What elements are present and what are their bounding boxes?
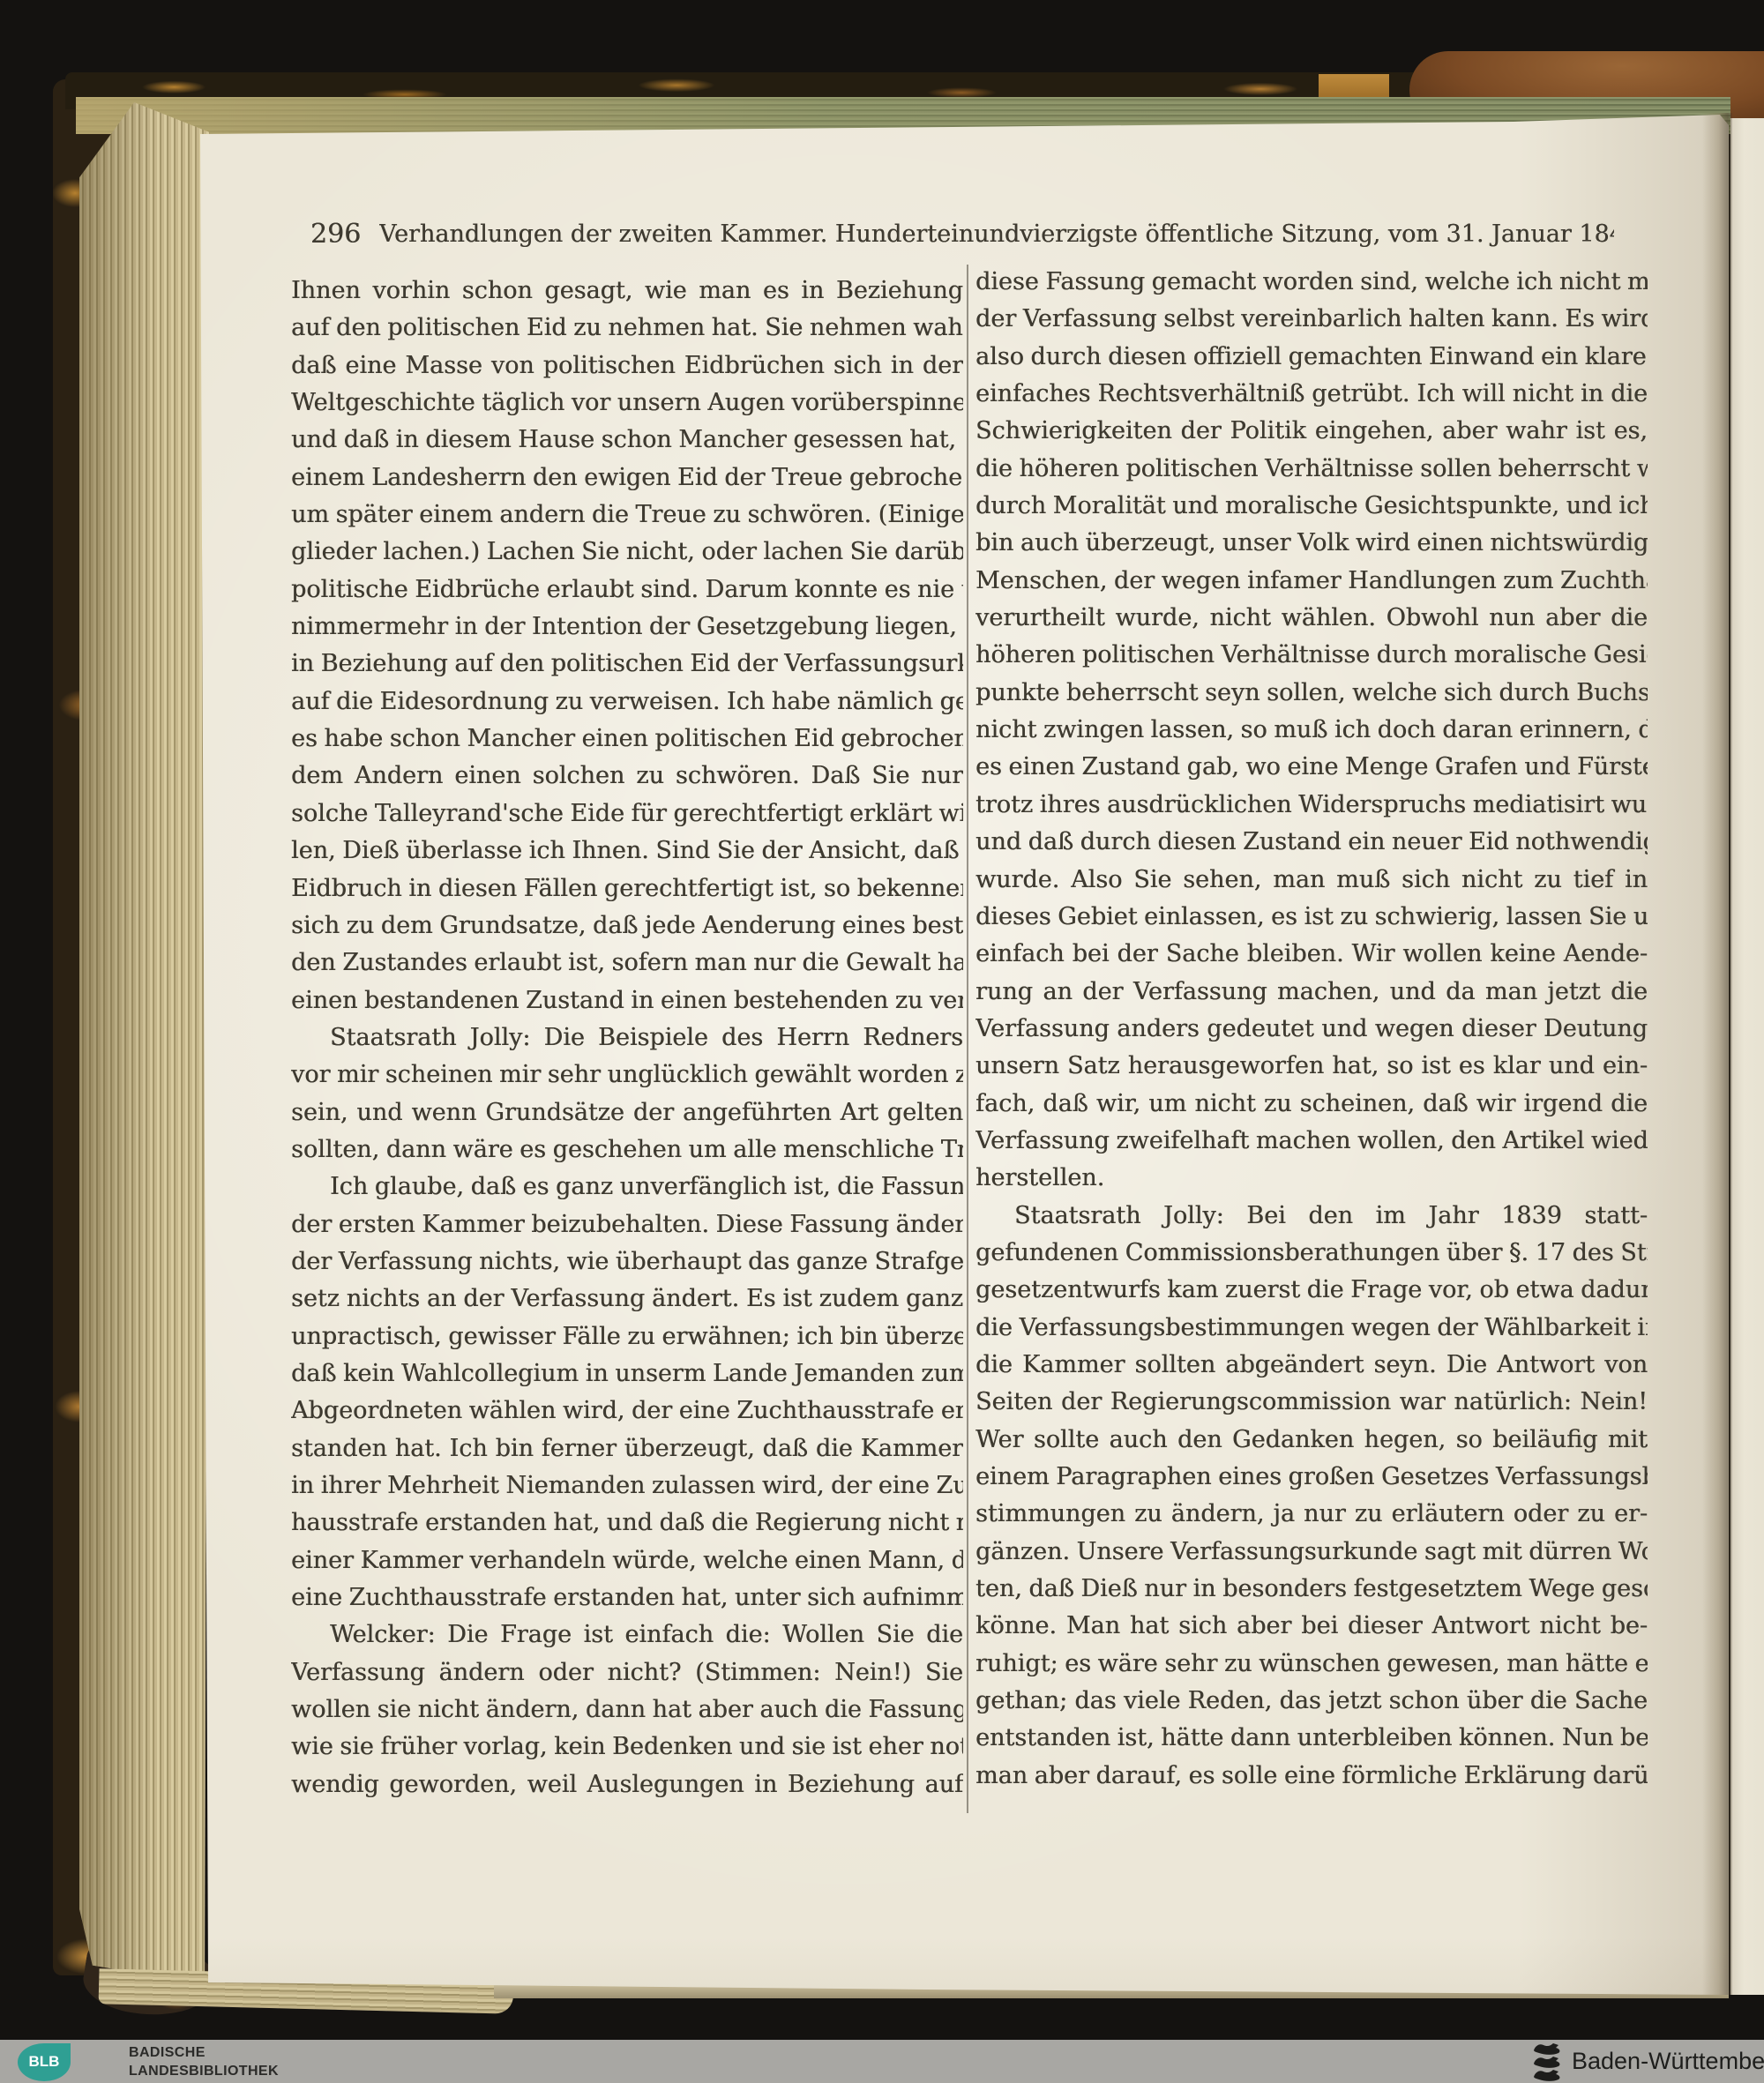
- text-line: vor mir scheinen mir sehr unglücklich ge…: [291, 1056, 963, 1094]
- text-line: Verfassung zweifelhaft machen wollen, de…: [975, 1123, 1648, 1160]
- page-header-title: Verhandlungen der zweiten Kammer. Hunder…: [379, 220, 1614, 248]
- text-line: unpractisch, gewisser Fälle zu erwähnen;…: [291, 1318, 963, 1355]
- text-line: wollen sie nicht ändern, dann hat aber a…: [291, 1691, 963, 1728]
- text-line: glieder lachen.) Lachen Sie nicht, oder …: [291, 534, 963, 571]
- text-line: einer Kammer verhandeln würde, welche ei…: [291, 1542, 963, 1579]
- text-line: solche Talleyrand'sche Eide für gerechtf…: [291, 795, 963, 832]
- three-lions-coat-of-arms-icon: [1533, 2042, 1561, 2081]
- text-line: Menschen, der wegen infamer Handlungen z…: [975, 563, 1648, 600]
- text-line: verurtheilt wurde, nicht wählen. Obwohl …: [975, 600, 1648, 637]
- text-line: nimmermehr in der Intention der Gesetzge…: [291, 608, 963, 646]
- text-line: auf die Eidesordnung zu verweisen. Ich h…: [291, 683, 963, 720]
- text-line: trotz ihres ausdrücklichen Widerspruchs …: [975, 787, 1648, 824]
- text-line: stimmungen zu ändern, ja nur zu erläuter…: [975, 1496, 1648, 1533]
- text-line: der Verfassung selbst vereinbarlich halt…: [975, 301, 1648, 338]
- text-line: Abgeordneten wählen wird, der eine Zucht…: [291, 1392, 963, 1430]
- text-line: politische Eidbrüche erlaubt sind. Darum…: [291, 571, 963, 608]
- left-text-column: Ihnen vorhin schon gesagt, wie man es in…: [291, 273, 963, 1803]
- state-logo-label: Baden-Württemberg: [1572, 2048, 1764, 2075]
- right-text-column: diese Fassung gemacht worden sind, welch…: [975, 264, 1648, 1795]
- text-line: einfach bei der Sache bleiben. Wir wolle…: [975, 936, 1648, 973]
- text-line: bin auch überzeugt, unser Volk wird eine…: [975, 525, 1648, 562]
- text-line: Seiten der Regierungscommission war natü…: [975, 1384, 1648, 1421]
- text-line: eine Zuchthausstrafe erstanden hat, unte…: [291, 1579, 963, 1616]
- adjacent-page-sliver: [1730, 118, 1764, 1995]
- text-line: wurde. Also Sie sehen, man muß sich nich…: [975, 862, 1648, 899]
- text-line: und daß in diesem Hause schon Mancher ge…: [291, 422, 963, 459]
- text-line: Verfassung anders gedeutet und wegen die…: [975, 1011, 1648, 1048]
- text-line: fach, daß wir, um nicht zu scheinen, daß…: [975, 1086, 1648, 1123]
- text-line: hausstrafe erstanden hat, und daß die Re…: [291, 1504, 963, 1542]
- text-line: durch Moralität und moralische Gesichtsp…: [975, 488, 1648, 525]
- text-line: die höheren politischen Verhältnisse sol…: [975, 451, 1648, 488]
- text-line: einem Paragraphen eines großen Gesetzes …: [975, 1459, 1648, 1496]
- blb-logo-text: BADISCHE LANDESBIBLIOTHEK: [129, 2043, 279, 2080]
- text-line: Ich glaube, daß es ganz unverfänglich is…: [291, 1168, 963, 1206]
- text-line: die Kammer sollten abgeändert seyn. Die …: [975, 1347, 1648, 1384]
- text-line: diese Fassung gemacht worden sind, welch…: [975, 264, 1648, 301]
- text-line: unsern Satz herausgeworfen hat, so ist e…: [975, 1048, 1648, 1085]
- text-line: den Zustandes erlaubt ist, sofern man nu…: [291, 944, 963, 982]
- text-line: gefundenen Commissionsberathungen über §…: [975, 1235, 1648, 1272]
- text-line: ruhigt; es wäre sehr zu wünschen gewesen…: [975, 1646, 1648, 1683]
- text-line: einem Landesherrn den ewigen Eid der Tre…: [291, 459, 963, 496]
- text-line: wendig geworden, weil Auslegungen in Bez…: [291, 1766, 963, 1803]
- text-line: Weltgeschichte täglich vor unsern Augen …: [291, 384, 963, 422]
- text-line: höheren politischen Verhältnisse durch m…: [975, 637, 1648, 674]
- text-line: und daß durch diesen Zustand ein neuer E…: [975, 824, 1648, 861]
- text-line: in Beziehung auf den politischen Eid der…: [291, 646, 963, 683]
- text-line: len, Dieß überlasse ich Ihnen. Sind Sie …: [291, 832, 963, 870]
- blb-logo-abbr: BLB: [29, 2053, 60, 2071]
- text-line: herstellen.: [975, 1160, 1648, 1197]
- blb-library-logo[interactable]: BLB BADISCHE LANDESBIBLIOTHEK: [18, 2042, 71, 2081]
- text-line: nicht zwingen lassen, so muß ich doch da…: [975, 712, 1648, 749]
- blb-logo-line1: BADISCHE: [129, 2043, 279, 2062]
- baden-wuerttemberg-logo[interactable]: Baden-Württemberg: [1533, 2040, 1764, 2083]
- text-line: gethan; das viele Reden, das jetzt schon…: [975, 1683, 1648, 1720]
- text-line: entstanden ist, hätte dann unterbleiben …: [975, 1720, 1648, 1757]
- text-line: wie sie früher vorlag, kein Bedenken und…: [291, 1728, 963, 1766]
- text-line: Schwierigkeiten der Politik eingehen, ab…: [975, 413, 1648, 450]
- text-line: dieses Gebiet einlassen, es ist zu schwi…: [975, 899, 1648, 936]
- text-line: man aber darauf, es solle eine förmliche…: [975, 1758, 1648, 1795]
- text-line: Ihnen vorhin schon gesagt, wie man es in…: [291, 273, 963, 310]
- text-line: daß kein Wahlcollegium in unserm Lande J…: [291, 1355, 963, 1392]
- text-line: rung an der Verfassung machen, und da ma…: [975, 974, 1648, 1011]
- page-stack-left: [79, 102, 210, 1984]
- text-line: gänzen. Unsere Verfassungsurkunde sagt m…: [975, 1534, 1648, 1571]
- text-line: standen hat. Ich bin ferner überzeugt, d…: [291, 1430, 963, 1467]
- text-line: also durch diesen offiziell gemachten Ei…: [975, 339, 1648, 376]
- digitized-book-viewer: { "header": { "page_number": "296", "tit…: [0, 0, 1764, 2083]
- text-line: Verfassung ändern oder nicht? (Stimmen: …: [291, 1654, 963, 1691]
- blb-logo-icon: BLB: [18, 2043, 71, 2081]
- text-line: der ersten Kammer beizubehalten. Diese F…: [291, 1206, 963, 1243]
- text-line: es habe schon Mancher einen politischen …: [291, 720, 963, 758]
- text-line: der Verfassung nichts, wie überhaupt das…: [291, 1243, 963, 1280]
- text-line: ten, daß Dieß nur in besonders festgeset…: [975, 1571, 1648, 1608]
- text-line: auf den politischen Eid zu nehmen hat. S…: [291, 310, 963, 347]
- text-line: Staatsrath Jolly: Bei den im Jahr 1839 s…: [975, 1198, 1648, 1235]
- text-line: einfaches Rechtsverhältniß getrübt. Ich …: [975, 376, 1648, 413]
- text-line: die Verfassungsbestimmungen wegen der Wä…: [975, 1310, 1648, 1347]
- blb-logo-line2: LANDESBIBLIOTHEK: [129, 2062, 279, 2080]
- text-line: Wer sollte auch den Gedanken hegen, so b…: [975, 1422, 1648, 1459]
- text-line: um später einem andern die Treue zu schw…: [291, 496, 963, 534]
- text-line: könne. Man hat sich aber bei dieser Antw…: [975, 1608, 1648, 1645]
- gutter-shadow: [1702, 113, 1732, 1995]
- page-number: 296: [310, 219, 361, 250]
- text-line: dem Andern einen solchen zu schwören. Da…: [291, 758, 963, 795]
- text-line: sollten, dann wäre es geschehen um alle …: [291, 1131, 963, 1168]
- text-line: Eidbruch in diesen Fällen gerechtfertigt…: [291, 870, 963, 907]
- text-line: Staatsrath Jolly: Die Beispiele des Herr…: [291, 1019, 963, 1056]
- column-divider-rule: [967, 265, 968, 1813]
- text-line: sein, und wenn Grundsätze der angeführte…: [291, 1094, 963, 1131]
- text-line: sich zu dem Grundsatze, daß jede Aenderu…: [291, 907, 963, 944]
- text-line: punkte beherrscht seyn sollen, welche si…: [975, 675, 1648, 712]
- text-line: Welcker: Die Frage ist einfach die: Woll…: [291, 1616, 963, 1654]
- text-line: gesetzentwurfs kam zuerst die Frage vor,…: [975, 1272, 1648, 1309]
- text-line: in ihrer Mehrheit Niemanden zulassen wir…: [291, 1467, 963, 1504]
- text-line: daß eine Masse von politischen Eidbrüche…: [291, 347, 963, 384]
- text-line: es einen Zustand gab, wo eine Menge Graf…: [975, 749, 1648, 786]
- text-line: setz nichts an der Verfassung ändert. Es…: [291, 1280, 963, 1318]
- text-line: einen bestandenen Zustand in einen beste…: [291, 982, 963, 1019]
